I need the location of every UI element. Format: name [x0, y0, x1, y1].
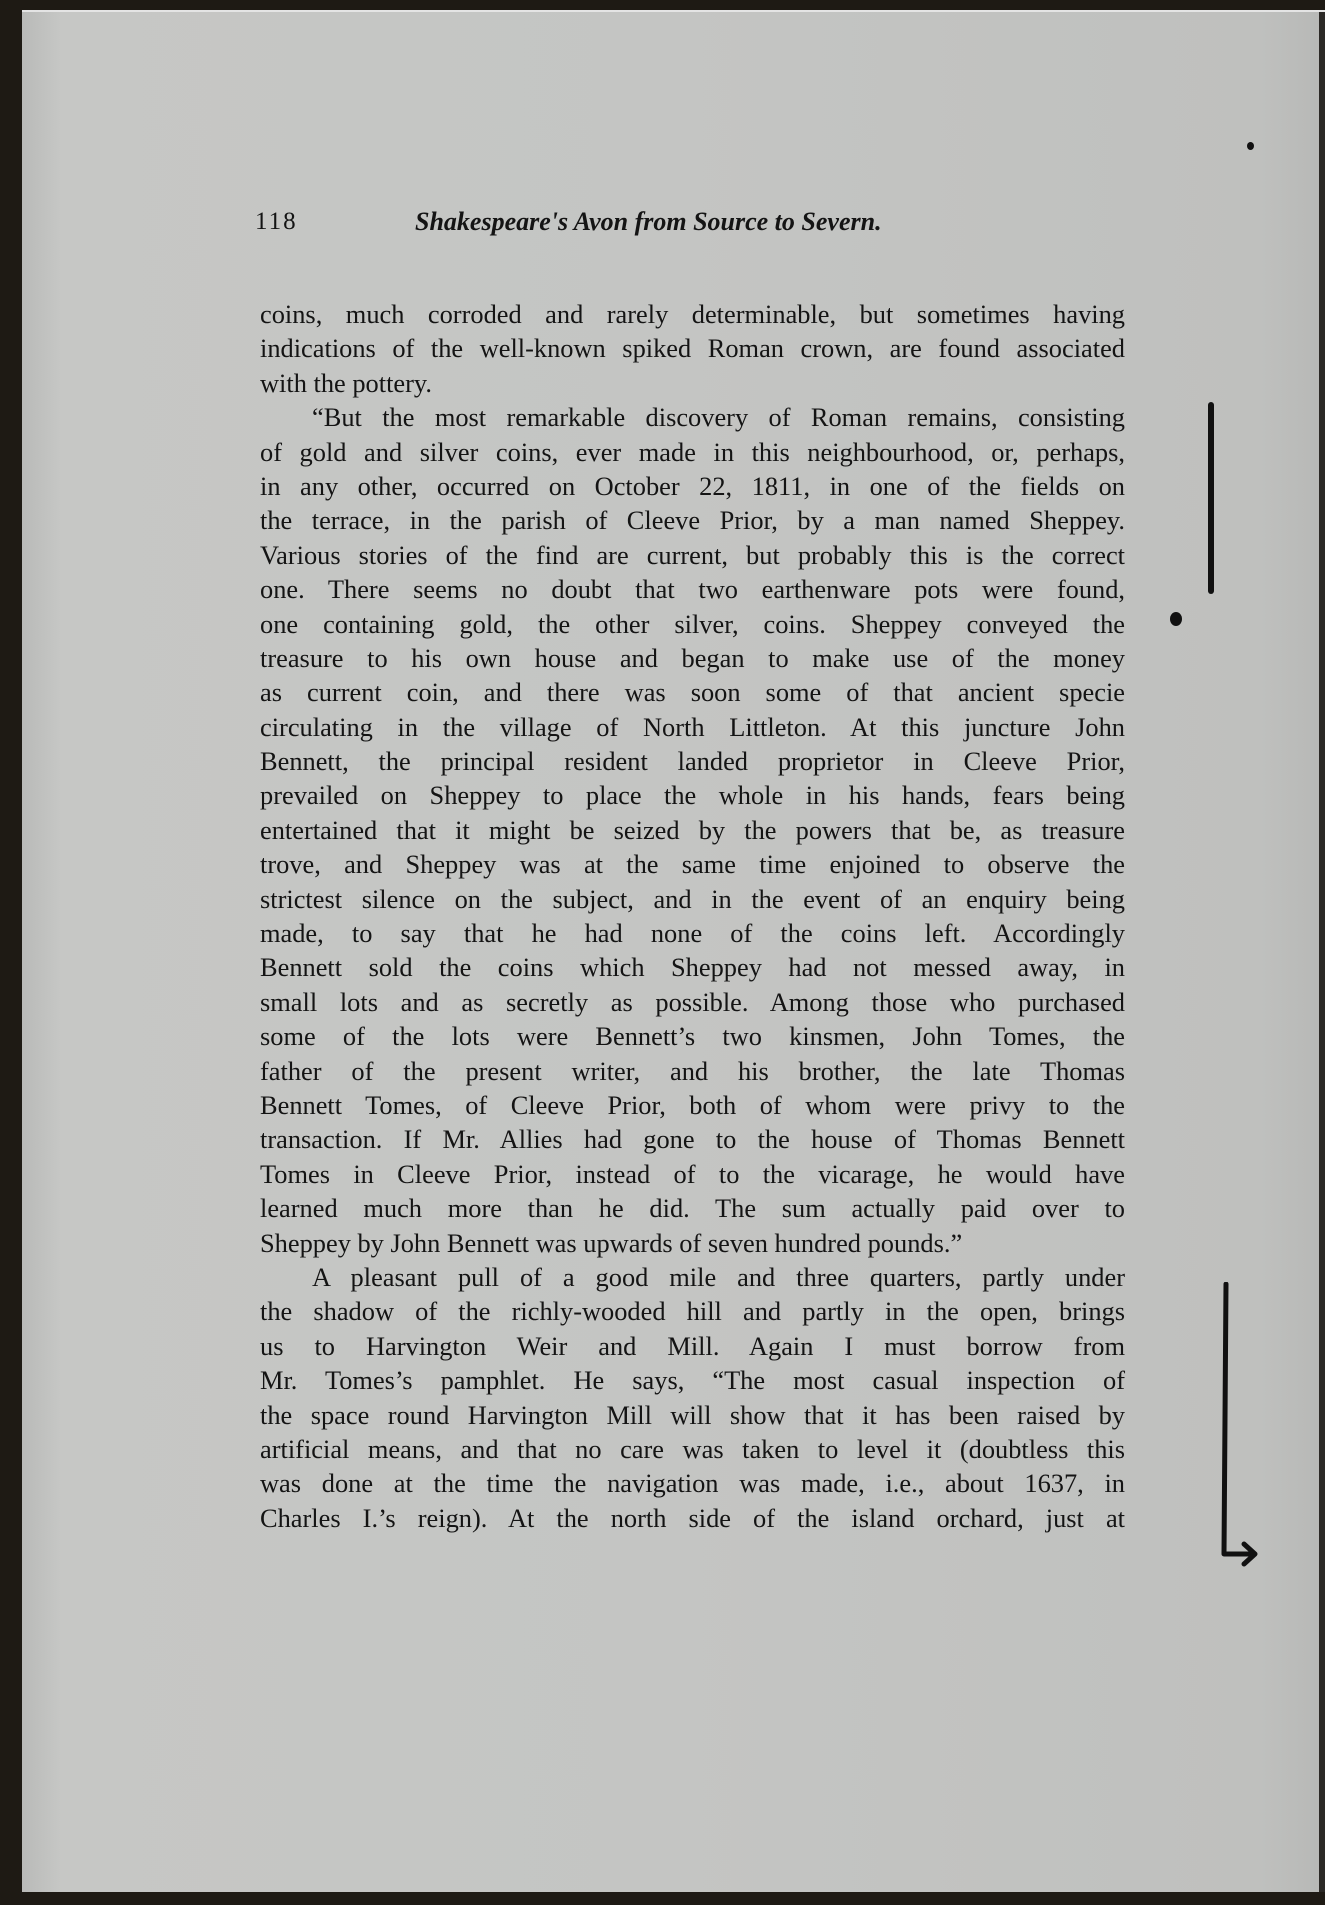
text-line: Bennett Tomes, of Cleeve Prior, both of …: [260, 1088, 1125, 1122]
pen-down-right-arrow-icon: [1214, 1282, 1264, 1572]
text-line: Bennett sold the coins which Sheppey had…: [260, 950, 1125, 984]
text-line: in any other, occurred on October 22, 18…: [260, 469, 1125, 503]
text-line: the space round Harvington Mill will sho…: [260, 1398, 1125, 1432]
text-line: the terrace, in the parish of Cleeve Pri…: [260, 503, 1125, 537]
text-line: Various stories of the find are current,…: [260, 538, 1125, 572]
page-edge: [1319, 12, 1325, 1892]
text-line: Tomes in Cleeve Prior, instead of to the…: [260, 1157, 1125, 1191]
text-line: Mr. Tomes’s pamphlet. He says, “The most…: [260, 1363, 1125, 1397]
text-line: indications of the well-known spiked Rom…: [260, 331, 1125, 365]
text-line: was done at the time the navigation was …: [260, 1466, 1125, 1500]
text-line: one containing gold, the other silver, c…: [260, 607, 1125, 641]
text-line: entertained that it might be seized by t…: [260, 813, 1125, 847]
running-head: 118 Shakespeare's Avon from Source to Se…: [255, 208, 1155, 244]
text-line: father of the present writer, and his br…: [260, 1054, 1125, 1088]
body-text: coins, much corroded and rarely determin…: [260, 297, 1125, 1535]
text-line: as current coin, and there was soon some…: [260, 675, 1125, 709]
text-line: some of the lots were Bennett’s two kins…: [260, 1019, 1125, 1053]
text-line: Bennett, the principal resident landed p…: [260, 744, 1125, 778]
text-line: artificial means, and that no care was t…: [260, 1432, 1125, 1466]
text-line: strictest silence on the subject, and in…: [260, 882, 1125, 916]
text-line: Charles I.’s reign). At the north side o…: [260, 1501, 1125, 1535]
text-line: made, to say that he had none of the coi…: [260, 916, 1125, 950]
book-title: Shakespeare's Avon from Source to Severn…: [415, 207, 882, 237]
text-line: with the pottery.: [260, 366, 1125, 400]
text-line: the shadow of the richly-wooded hill and…: [260, 1294, 1125, 1328]
text-line: circulating in the village of North Litt…: [260, 710, 1125, 744]
text-line: small lots and as secretly as possible. …: [260, 985, 1125, 1019]
text-line: treasure to his own house and began to m…: [260, 641, 1125, 675]
text-line: learned much more than he did. The sum a…: [260, 1191, 1125, 1225]
pen-vertical-line-icon: [1208, 402, 1214, 594]
text-line: “But the most remarkable discovery of Ro…: [260, 400, 1125, 434]
text-line: of gold and silver coins, ever made in t…: [260, 435, 1125, 469]
page-number: 118: [255, 208, 298, 236]
ink-spot-icon: [1170, 612, 1182, 626]
ink-spot-icon: [1247, 142, 1254, 150]
text-line: Sheppey by John Bennett was upwards of s…: [260, 1226, 1125, 1260]
text-line: trove, and Sheppey was at the same time …: [260, 847, 1125, 881]
text-line: one. There seems no doubt that two earth…: [260, 572, 1125, 606]
text-line: coins, much corroded and rarely determin…: [260, 297, 1125, 331]
text-line: prevailed on Sheppey to place the whole …: [260, 778, 1125, 812]
text-line: us to Harvington Weir and Mill. Again I …: [260, 1329, 1125, 1363]
text-line: A pleasant pull of a good mile and three…: [260, 1260, 1125, 1294]
text-line: transaction. If Mr. Allies had gone to t…: [260, 1122, 1125, 1156]
